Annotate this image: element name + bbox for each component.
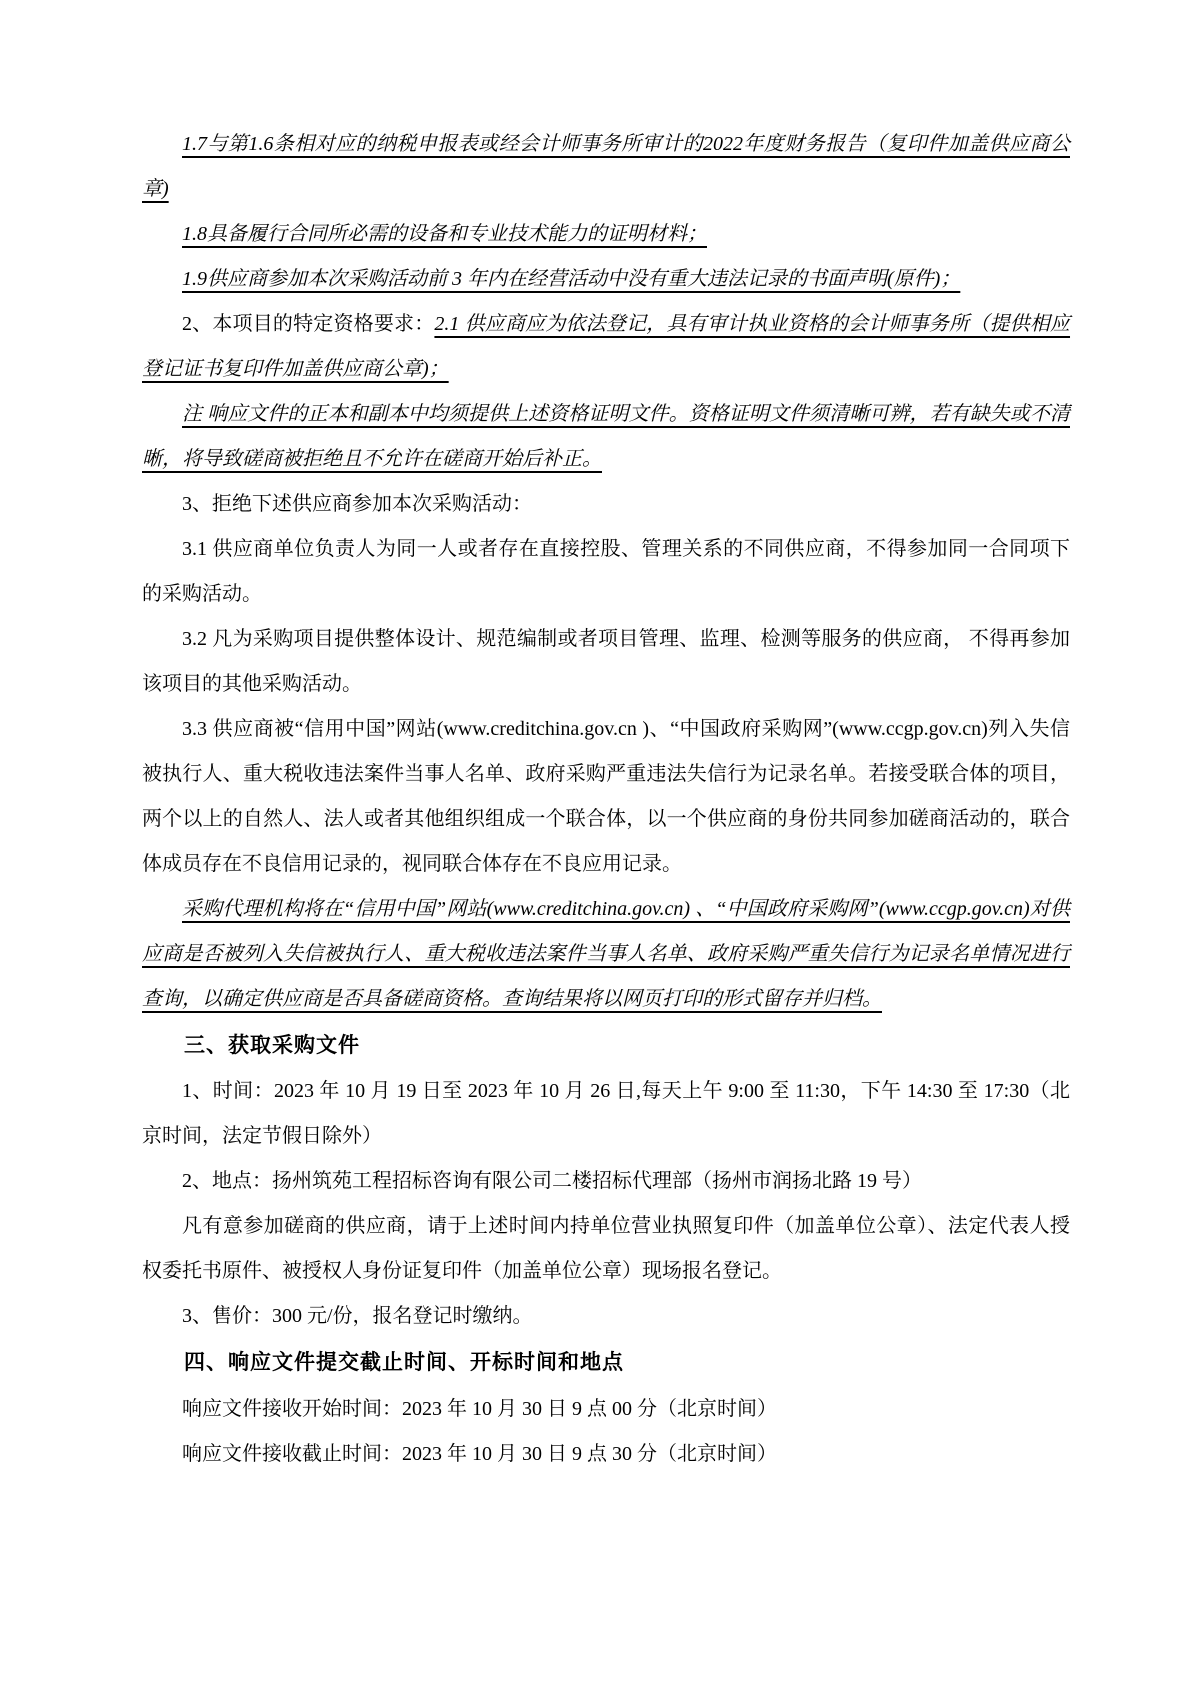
clause-agency-credit-check: 采购代理机构将在“信用中国”网站(www.creditchina.gov.cn)… bbox=[142, 887, 1070, 1022]
text-segment: 响应文件接收截止时间：2023 年 10 月 30 日 9 点 30 分（北京时… bbox=[182, 1443, 777, 1465]
text-segment: 采购代理机构将在“信用中国”网站(www.creditchina.gov.cn)… bbox=[142, 898, 1070, 1010]
text-segment: 3、售价：300 元/份，报名登记时缴纳。 bbox=[182, 1305, 533, 1327]
text-segment: 注 响应文件的正本和副本中均须提供上述资格证明文件。资格证明文件须清晰可辨，若有… bbox=[142, 403, 1070, 470]
text-segment: 2、地点：扬州筑苑工程招标咨询有限公司二楼招标代理部（扬州市润扬北路 19 号） bbox=[182, 1170, 922, 1192]
text-segment: 1.8具备履行合同所必需的设备和专业技术能力的证明材料； bbox=[182, 223, 707, 245]
document-body: 1.7与第1.6条相对应的纳税申报表或经会计师事务所审计的2022年度财务报告（… bbox=[142, 122, 1070, 1477]
clause-1-9: 1.9供应商参加本次采购活动前 3 年内在经营活动中没有重大违法记录的书面声明(… bbox=[142, 257, 1070, 302]
obtain-price: 3、售价：300 元/份，报名登记时缴纳。 bbox=[142, 1294, 1070, 1339]
clause-3-reject: 3、拒绝下述供应商参加本次采购活动： bbox=[142, 482, 1070, 527]
text-segment: 凡有意参加磋商的供应商，请于上述时间内持单位营业执照复印件（加盖单位公章）、法定… bbox=[142, 1215, 1070, 1282]
response-deadline-time: 响应文件接收截止时间：2023 年 10 月 30 日 9 点 30 分（北京时… bbox=[142, 1432, 1070, 1477]
text-segment: 四、响应文件提交截止时间、开标时间和地点 bbox=[184, 1351, 624, 1374]
clause-3-3: 3.3 供应商被“信用中国”网站(www.creditchina.gov.cn … bbox=[142, 707, 1070, 887]
obtain-time: 1、时间：2023 年 10 月 19 日至 2023 年 10 月 26 日,… bbox=[142, 1069, 1070, 1159]
clause-3-2: 3.2 凡为采购项目提供整体设计、规范编制或者项目管理、监理、检测等服务的供应商… bbox=[142, 617, 1070, 707]
text-segment: 3.1 供应商单位负责人为同一人或者存在直接控股、管理关系的不同供应商，不得参加… bbox=[142, 538, 1070, 605]
text-segment: 1.9供应商参加本次采购活动前 3 年内在经营活动中没有重大违法记录的书面声明(… bbox=[182, 268, 960, 290]
text-segment: 3.2 凡为采购项目提供整体设计、规范编制或者项目管理、监理、检测等服务的供应商… bbox=[142, 628, 1070, 695]
document-page: 1.7与第1.6条相对应的纳税申报表或经会计师事务所审计的2022年度财务报告（… bbox=[0, 0, 1200, 1697]
text-segment: 响应文件接收开始时间：2023 年 10 月 30 日 9 点 00 分（北京时… bbox=[182, 1398, 777, 1420]
clause-1-7: 1.7与第1.6条相对应的纳税申报表或经会计师事务所审计的2022年度财务报告（… bbox=[142, 122, 1070, 212]
section-4-heading: 四、响应文件提交截止时间、开标时间和地点 bbox=[142, 1339, 1070, 1386]
clause-2-specific-qualification: 2、本项目的特定资格要求：2.1 供应商应为依法登记，具有审计执业资格的会计师事… bbox=[142, 302, 1070, 392]
text-segment: 三、获取采购文件 bbox=[184, 1034, 360, 1057]
text-segment: 2、本项目的特定资格要求： bbox=[182, 313, 434, 335]
clause-3-1: 3.1 供应商单位负责人为同一人或者存在直接控股、管理关系的不同供应商，不得参加… bbox=[142, 527, 1070, 617]
section-3-heading: 三、获取采购文件 bbox=[142, 1022, 1070, 1069]
text-segment: 3、拒绝下述供应商参加本次采购活动： bbox=[182, 493, 532, 515]
obtain-location: 2、地点：扬州筑苑工程招标咨询有限公司二楼招标代理部（扬州市润扬北路 19 号） bbox=[142, 1159, 1070, 1204]
obtain-registration: 凡有意参加磋商的供应商，请于上述时间内持单位营业执照复印件（加盖单位公章）、法定… bbox=[142, 1204, 1070, 1294]
text-segment: 1、时间：2023 年 10 月 19 日至 2023 年 10 月 26 日,… bbox=[142, 1080, 1070, 1147]
text-segment: 3.3 供应商被“信用中国”网站(www.creditchina.gov.cn … bbox=[142, 718, 1070, 875]
clause-1-8: 1.8具备履行合同所必需的设备和专业技术能力的证明材料； bbox=[142, 212, 1070, 257]
text-segment: 1.7与第1.6条相对应的纳税申报表或经会计师事务所审计的2022年度财务报告（… bbox=[142, 133, 1070, 200]
response-start-time: 响应文件接收开始时间：2023 年 10 月 30 日 9 点 00 分（北京时… bbox=[142, 1387, 1070, 1432]
clause-note: 注 响应文件的正本和副本中均须提供上述资格证明文件。资格证明文件须清晰可辨，若有… bbox=[142, 392, 1070, 482]
